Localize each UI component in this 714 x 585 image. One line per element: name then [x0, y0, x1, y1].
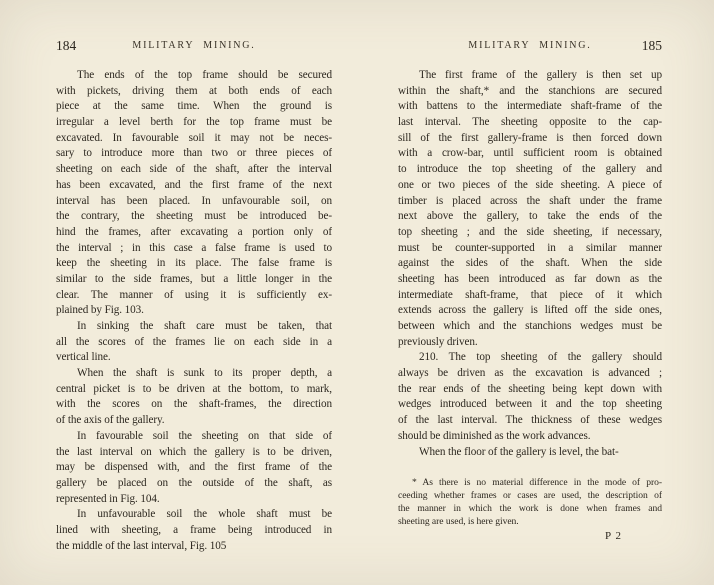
right-page-body: The first frame of the gallery is then s…: [398, 68, 662, 460]
left-running-head: MILITARY MINING.: [56, 40, 332, 51]
text-line: next above the gallery, to take the ends…: [398, 209, 662, 225]
text-line: keep the sheeting in its place. The fals…: [56, 256, 332, 272]
text-line: against the sides of the shaft. When the…: [398, 256, 662, 272]
text-line: hind the frames, after excavating a port…: [56, 225, 332, 241]
text-line: of the last interval. The thickness of t…: [398, 413, 662, 429]
text-line: last interval. The sheeting opposite to …: [398, 115, 662, 131]
text-line: all the scores of the frames lie on each…: [56, 335, 332, 351]
text-line: with the scores on the shaft-frames, the…: [56, 397, 332, 413]
text-line: sary to introduce more than two or three…: [56, 146, 332, 162]
text-line: may be dispensed with, and the first fra…: [56, 460, 332, 476]
text-line: sheeting on each side of the shaft, afte…: [56, 162, 332, 178]
text-line: previously driven.: [398, 335, 662, 351]
text-line: central picket is to be driven at the bo…: [56, 382, 332, 398]
text-line: should be diminished as the work advance…: [398, 429, 662, 445]
text-line: 210. The top sheeting of the gallery sho…: [398, 350, 662, 366]
text-line: timber is placed across the shaft under …: [398, 194, 662, 210]
text-line: ceeding whether frames or cases are used…: [398, 489, 662, 502]
right-running-head: MILITARY MINING.: [398, 40, 662, 51]
left-page-number: 184: [56, 38, 76, 54]
text-line: In unfavourable soil the whole shaft mus…: [56, 507, 332, 523]
left-page-body: The ends of the top frame should be secu…: [56, 68, 332, 554]
text-line: sheeting are used, is here given.: [398, 515, 662, 528]
text-line: the interval ; in this case a false fram…: [56, 241, 332, 257]
text-line: represented in Fig. 104.: [56, 492, 332, 508]
text-line: one or two pieces of the side sheeting. …: [398, 178, 662, 194]
text-line: with a crow-bar, until sufficient room i…: [398, 146, 662, 162]
text-line: When the floor of the gallery is level, …: [398, 445, 662, 461]
text-line: The first frame of the gallery is then s…: [398, 68, 662, 84]
text-line: top sheeting ; and the side sheeting, if…: [398, 225, 662, 241]
text-line: vertical line.: [56, 350, 332, 366]
text-line: * As there is no material difference in …: [398, 476, 662, 489]
text-line: the last interval on which the gallery i…: [56, 445, 332, 461]
text-line: with pickets, driving them at both ends …: [56, 84, 332, 100]
right-page-number: 185: [642, 38, 662, 54]
text-line: to introduce the top sheeting of the gal…: [398, 162, 662, 178]
text-line: wedges introduced between it and the top…: [398, 397, 662, 413]
text-line: extends across the gallery is lifted off…: [398, 303, 662, 319]
text-line: In favourable soil the sheeting on that …: [56, 429, 332, 445]
text-line: similar to the side frames, but a little…: [56, 272, 332, 288]
signature-mark: P 2: [398, 530, 662, 542]
footnote: * As there is no material difference in …: [398, 476, 662, 528]
text-line: gallery be placed on the outside of the …: [56, 476, 332, 492]
text-line: intermediate shaft-frame, that piece of …: [398, 288, 662, 304]
right-page-header: MILITARY MINING. 185: [398, 40, 662, 56]
text-line: excavated. In favourable soil it may not…: [56, 131, 332, 147]
text-line: with battens to the intermediate shaft-f…: [398, 99, 662, 115]
text-line: between which and the stanchions wedges …: [398, 319, 662, 335]
text-line: sheeting has been introduced as far down…: [398, 272, 662, 288]
text-line: sill of the first gallery-frame is then …: [398, 131, 662, 147]
text-line: always be driven as the excavation is ad…: [398, 366, 662, 382]
text-line: the middle of the last interval, Fig. 10…: [56, 539, 332, 555]
text-line: The ends of the top frame should be secu…: [56, 68, 332, 84]
left-page-header: 184 MILITARY MINING.: [56, 40, 332, 56]
text-line: the rear ends of the sheeting being kept…: [398, 382, 662, 398]
text-line: has been excavated, and the first frame …: [56, 178, 332, 194]
text-line: lined with sheeting, a frame being intro…: [56, 523, 332, 539]
text-line: interval has been placed. In unfavourabl…: [56, 194, 332, 210]
text-line: of the axis of the gallery.: [56, 413, 332, 429]
text-line: the manner in which the work is done whe…: [398, 502, 662, 515]
text-line: irregular a level berth for the top fram…: [56, 115, 332, 131]
text-line: within the shaft,* and the stanchions ar…: [398, 84, 662, 100]
text-line: clear. The manner of using it is suffici…: [56, 288, 332, 304]
text-line: In sinking the shaft care must be taken,…: [56, 319, 332, 335]
text-line: plained by Fig. 103.: [56, 303, 332, 319]
right-page: MILITARY MINING. 185 The first frame of …: [398, 40, 662, 542]
text-line: the contrary, the sheeting must be intro…: [56, 209, 332, 225]
text-line: When the shaft is sunk to its proper dep…: [56, 366, 332, 382]
left-page: 184 MILITARY MINING. The ends of the top…: [56, 40, 332, 554]
text-line: piece at the same time. When the ground …: [56, 99, 332, 115]
text-line: must be counter-supported in a similar m…: [398, 241, 662, 257]
